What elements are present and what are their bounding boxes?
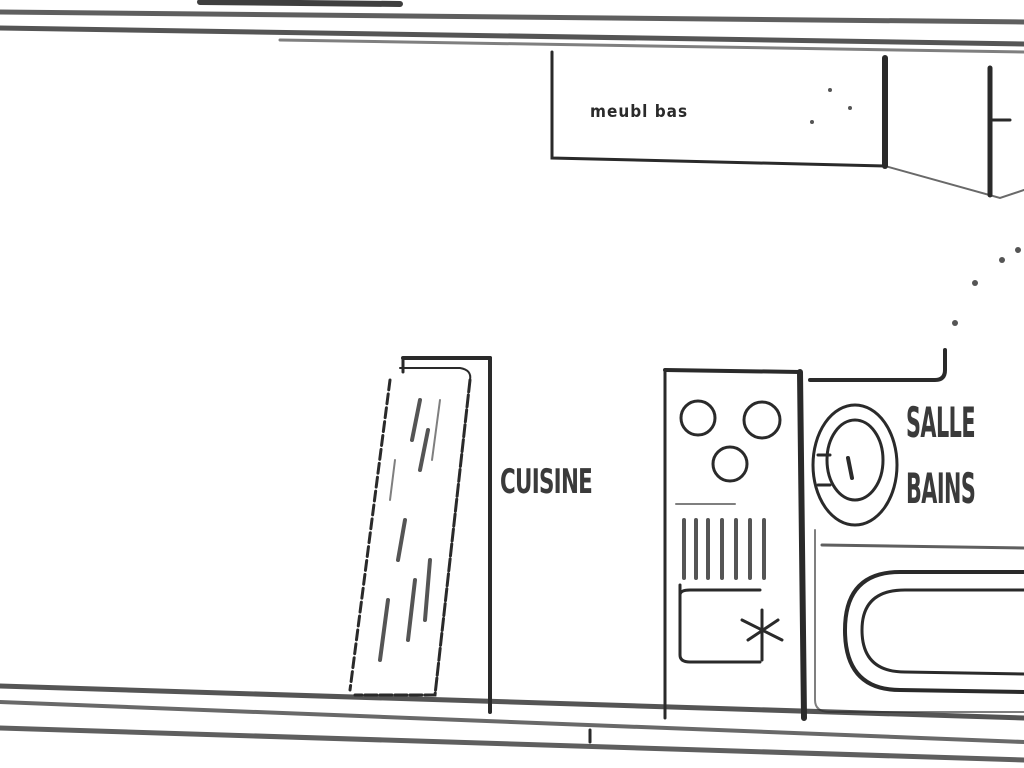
floor-plan-drawing — [0, 0, 1024, 768]
floor-plan: meubl bas CUISINE SALLE BAINS — [0, 0, 1024, 768]
bathroom-fixtures — [813, 405, 1024, 712]
top-wall — [0, 2, 1024, 52]
bathroom-top-wall — [810, 350, 945, 380]
kitchen-unit — [665, 370, 804, 718]
bottom-wall — [0, 686, 1024, 760]
upper-cabinet-label: meubl bas — [590, 102, 688, 122]
bathroom-label-line2: BAINS — [906, 468, 975, 510]
kitchen-label: CUISINE — [500, 462, 592, 502]
kitchen-counter — [350, 358, 490, 712]
bathroom-label-line1: SALLE — [906, 402, 975, 444]
upper-cabinet — [552, 52, 1024, 198]
